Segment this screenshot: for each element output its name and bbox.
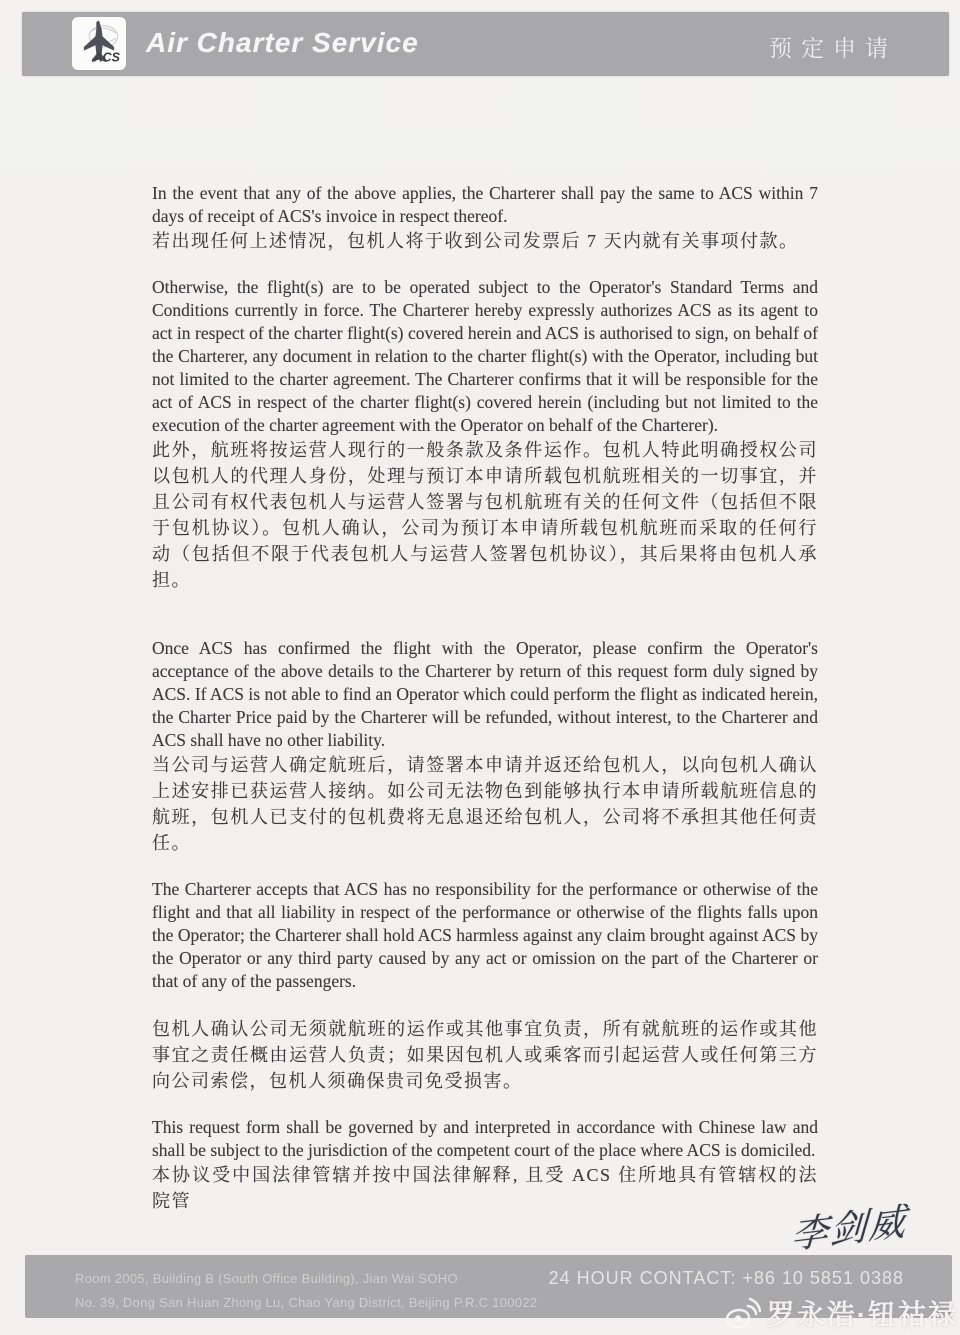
paragraph-2-english: Otherwise, the flight(s) are to be opera… bbox=[152, 276, 818, 437]
footer-contact-phone: 24 HOUR CONTACT: +86 10 5851 0388 bbox=[549, 1268, 904, 1289]
footer-address-line1: Room 2005, Building B (South Office Buil… bbox=[75, 1267, 537, 1291]
footer-address: Room 2005, Building B (South Office Buil… bbox=[75, 1267, 537, 1315]
header-bar: ACS Air Charter Service 预定申请 bbox=[22, 12, 949, 76]
acs-logo: ACS bbox=[72, 17, 126, 70]
paragraph-4-english: The Charterer accepts that ACS has no re… bbox=[152, 878, 818, 993]
paragraph-1-english: In the event that any of the above appli… bbox=[152, 182, 818, 228]
doc-title-chinese: 预定申请 bbox=[769, 30, 897, 63]
document-body: In the event that any of the above appli… bbox=[152, 182, 818, 1214]
brand-title: Air Charter Service bbox=[146, 27, 419, 59]
scanned-document-page: ACS Air Charter Service 预定申请 In the even… bbox=[0, 0, 960, 1335]
weibo-watermark: 罗永浩·钮祜禄 bbox=[725, 1293, 958, 1333]
footer-address-line2: No. 39, Dong San Huan Zhong Lu, Chao Yan… bbox=[75, 1291, 537, 1315]
paragraph-2-chinese: 此外，航班将按运营人现行的一般条款及条件运作。包机人特此明确授权公司以包机人的代… bbox=[152, 437, 818, 593]
paragraph-3-english: Once ACS has confirmed the flight with t… bbox=[152, 637, 818, 752]
acs-logo-text: ACS bbox=[93, 50, 121, 64]
paragraph-5-english: This request form shall be governed by a… bbox=[152, 1116, 818, 1162]
paragraph-5-chinese: 本协议受中国法律管辖并按中国法律解释, 且受 ACS 住所地具有管辖权的法院管 bbox=[152, 1162, 818, 1214]
watermark-handle: 罗永浩·钮祜禄 bbox=[767, 1293, 958, 1333]
airplane-logo-icon: ACS bbox=[75, 20, 123, 67]
paragraph-3-chinese: 当公司与运营人确定航班后，请签署本申请并返还给包机人，以向包机人确认上述安排已获… bbox=[152, 752, 818, 856]
weibo-icon bbox=[725, 1297, 761, 1329]
paragraph-4-chinese: 包机人确认公司无须就航班的运作或其他事宜负责，所有就航班的运作或其他事宜之责任概… bbox=[152, 1016, 818, 1094]
paragraph-1-chinese: 若出现任何上述情况，包机人将于收到公司发票后 7 天内就有关事项付款。 bbox=[152, 228, 818, 254]
